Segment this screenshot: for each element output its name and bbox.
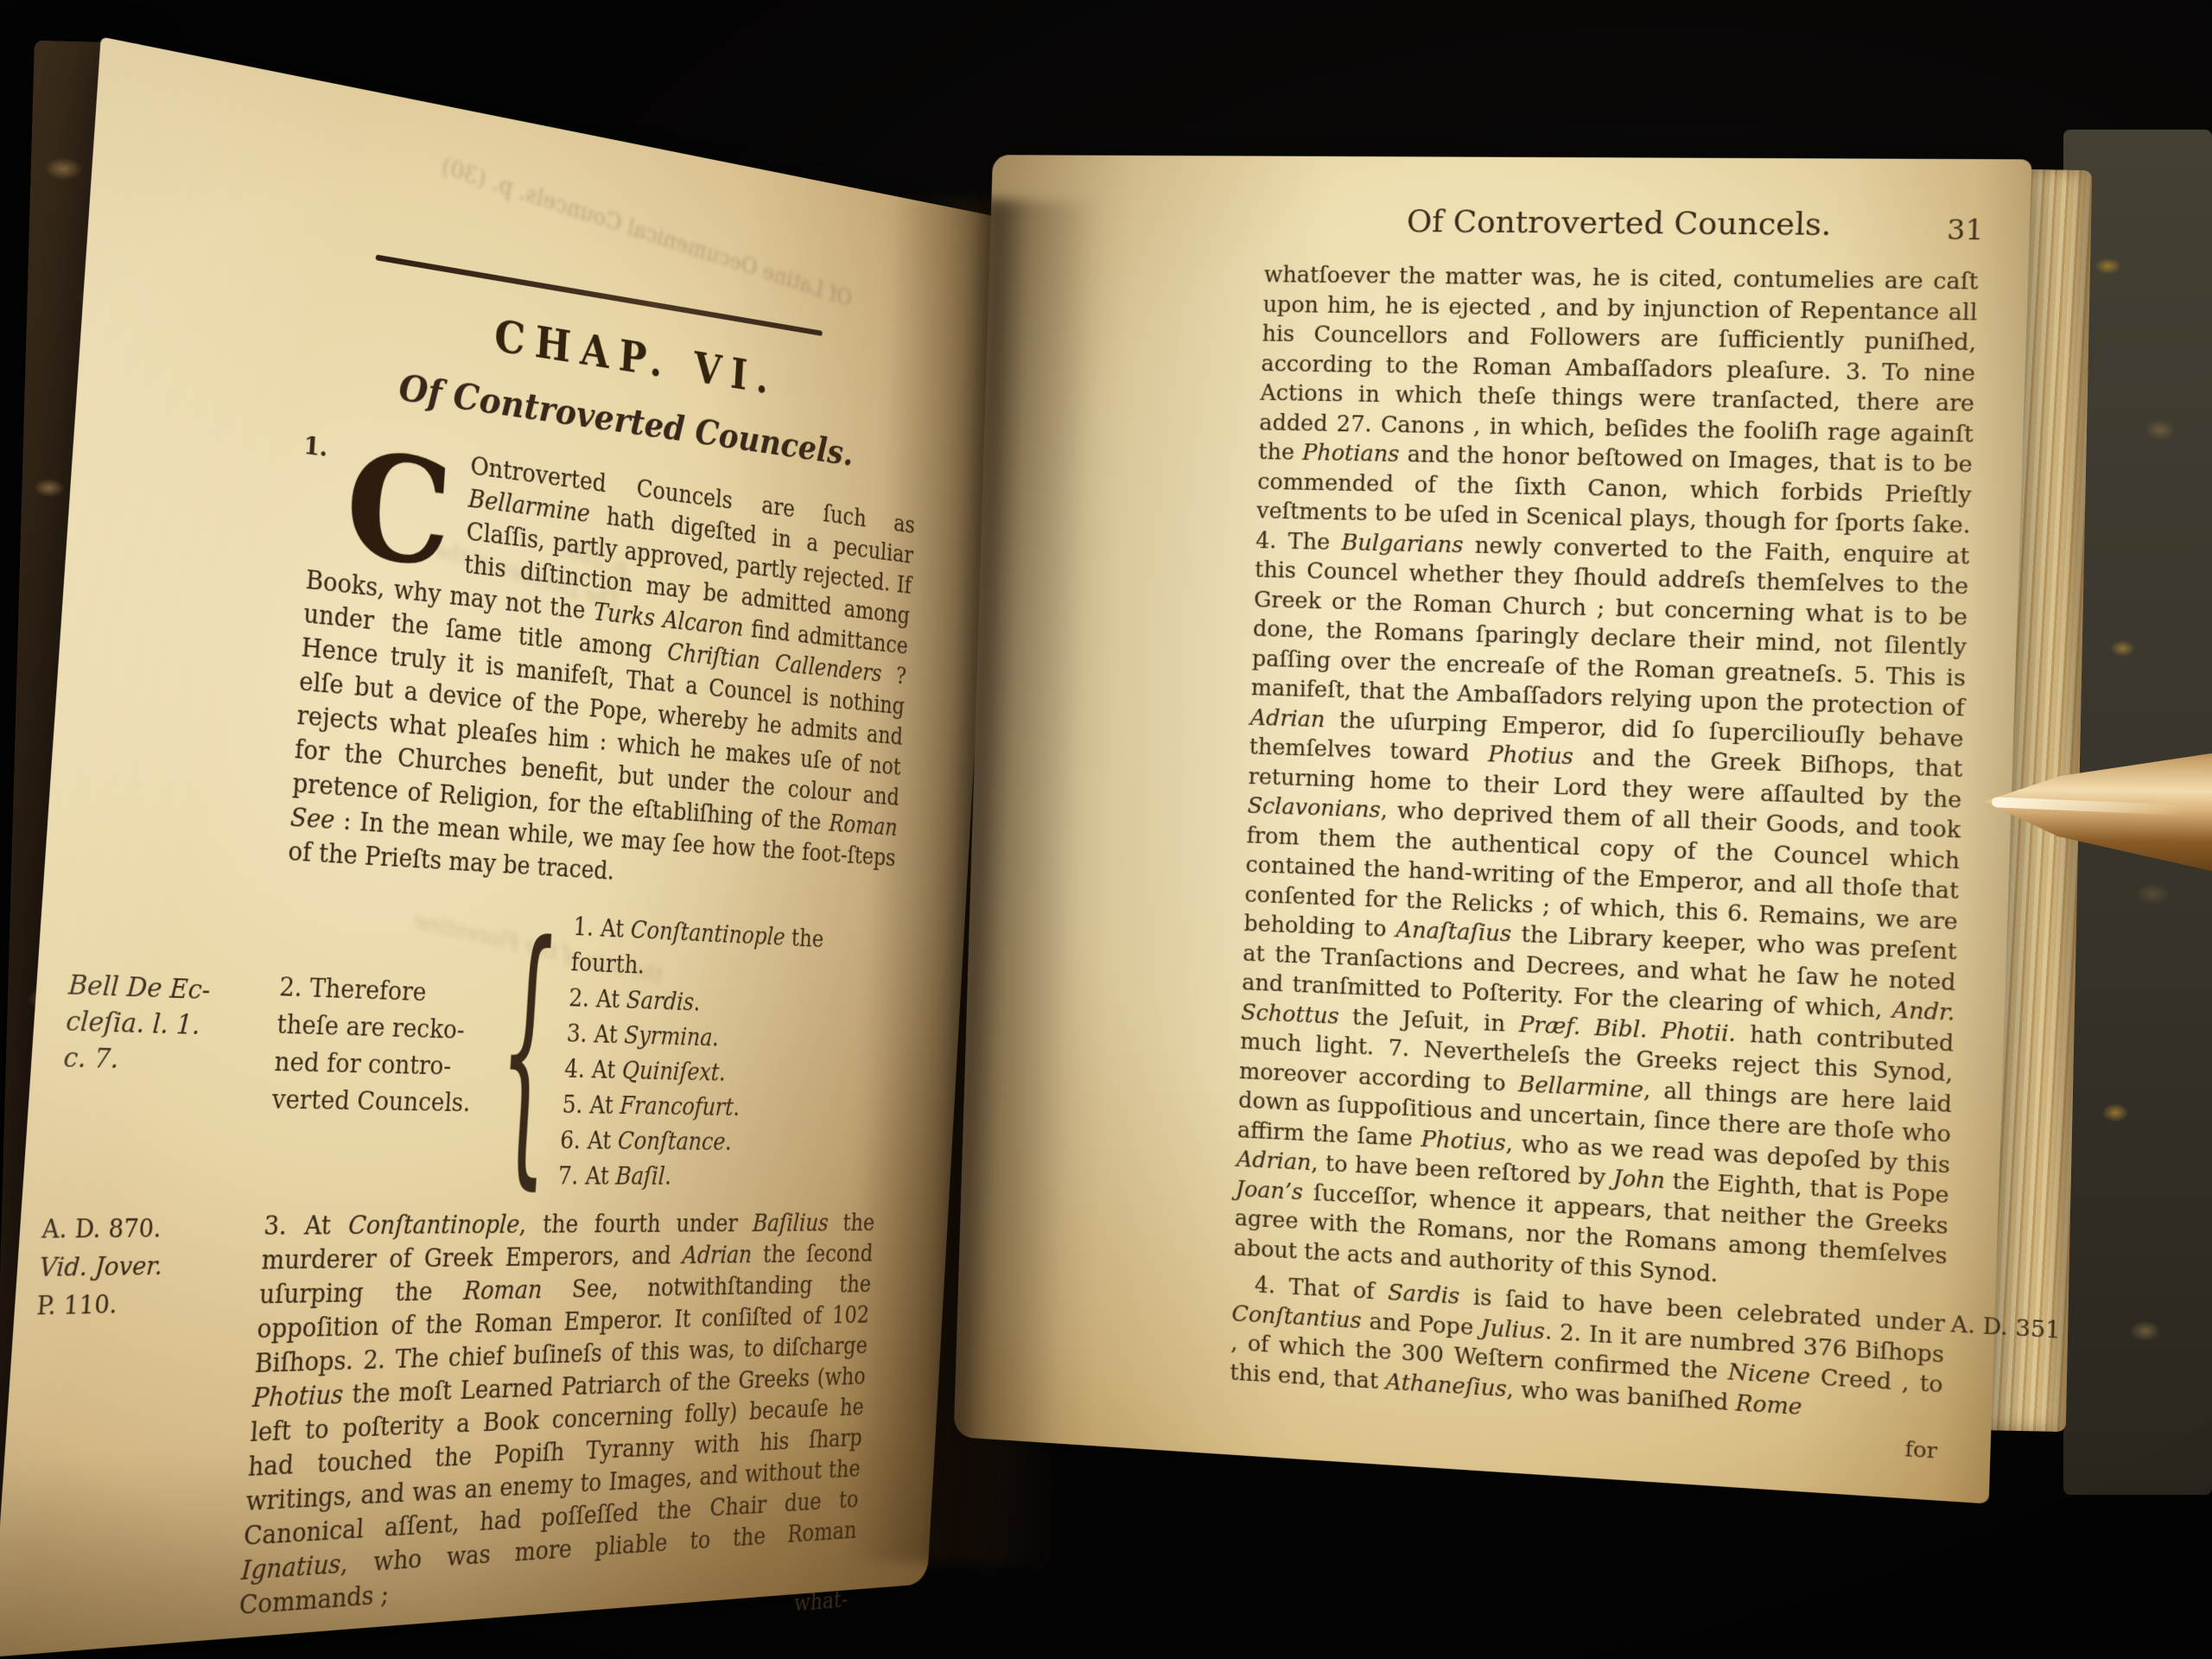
showthrough-page-number: (30) (440, 152, 488, 194)
list-intro-line: ned for contro- (273, 1044, 496, 1086)
list-intro-line: verted Councels. (270, 1082, 493, 1122)
council-list-block: Bell De Ec- cleſia. l. 1. c. 7. 2. There… (266, 894, 892, 1195)
paragraph-continuation: whatſoever the matter was, he is cited, … (1233, 260, 1979, 1302)
left-page: Of Latine Oecumenical Councels. p. (30) … (0, 36, 1005, 1656)
brass-pointer (1981, 736, 2212, 879)
margin-note-bellarmine: Bell De Ec- cleſia. l. 1. c. 7. (62, 967, 212, 1079)
page-number: 31 (1947, 213, 1985, 246)
council-list-intro: 2. Therefore theſe are recko- ned for co… (270, 969, 500, 1122)
brass-pointer-blade (1981, 736, 2212, 879)
paragraph-first: 1. C Ontroverted Councels are ſuch as Be… (287, 429, 916, 905)
council-list-item: 6. At Conſtance. (559, 1123, 880, 1161)
showthrough-running-header: Of Latine Oecumenical Councels. p. (30) (334, 118, 854, 313)
council-list: 1. At Conſtantinople the fourth. 2. At S… (533, 908, 892, 1194)
showthrough-header-text: Of Latine Oecumenical Councels. p. (490, 168, 854, 312)
council-list-item: 1. At Conſtantinople the fourth. (570, 910, 892, 994)
margin-note-line: c. 7. (62, 1040, 207, 1079)
council-list-item: 5. At Francofurt. (561, 1087, 881, 1127)
list-intro-line: theſe are recko- (276, 1007, 499, 1050)
margin-note-line: cleſia. l. 1. (65, 1003, 209, 1043)
council-list-item: 7. At Baſil. (556, 1159, 878, 1194)
margin-note-line: Bell De Ec- (67, 967, 212, 1007)
running-header: Of Controverted Councels. 31 (1265, 203, 1980, 244)
margin-note-line: Vid. Jover. (38, 1247, 163, 1287)
margin-note-line: P. 110. (35, 1285, 161, 1325)
right-page: Of Controverted Councels. 31 whatſoever … (954, 155, 2032, 1503)
section-number: 1. (302, 429, 328, 466)
running-header-text: Of Controverted Councels. (1406, 204, 1832, 243)
drop-cap-initial: C (308, 429, 472, 574)
margin-note-ad-351: A. D. 351 (1950, 1310, 2061, 1346)
margin-note-ad-870: A. D. 870. Vid. Jover. P. 110. (35, 1210, 166, 1325)
margin-note-line: A. D. 870. (41, 1210, 166, 1249)
paragraph-constantinople-text: 3. At Conſtantinople, the fourth under B… (238, 1210, 875, 1621)
brace-glyph: { (491, 887, 548, 1214)
paragraph-constantinople: A. D. 870. Vid. Jover. P. 110. 3. At Con… (238, 1208, 876, 1624)
